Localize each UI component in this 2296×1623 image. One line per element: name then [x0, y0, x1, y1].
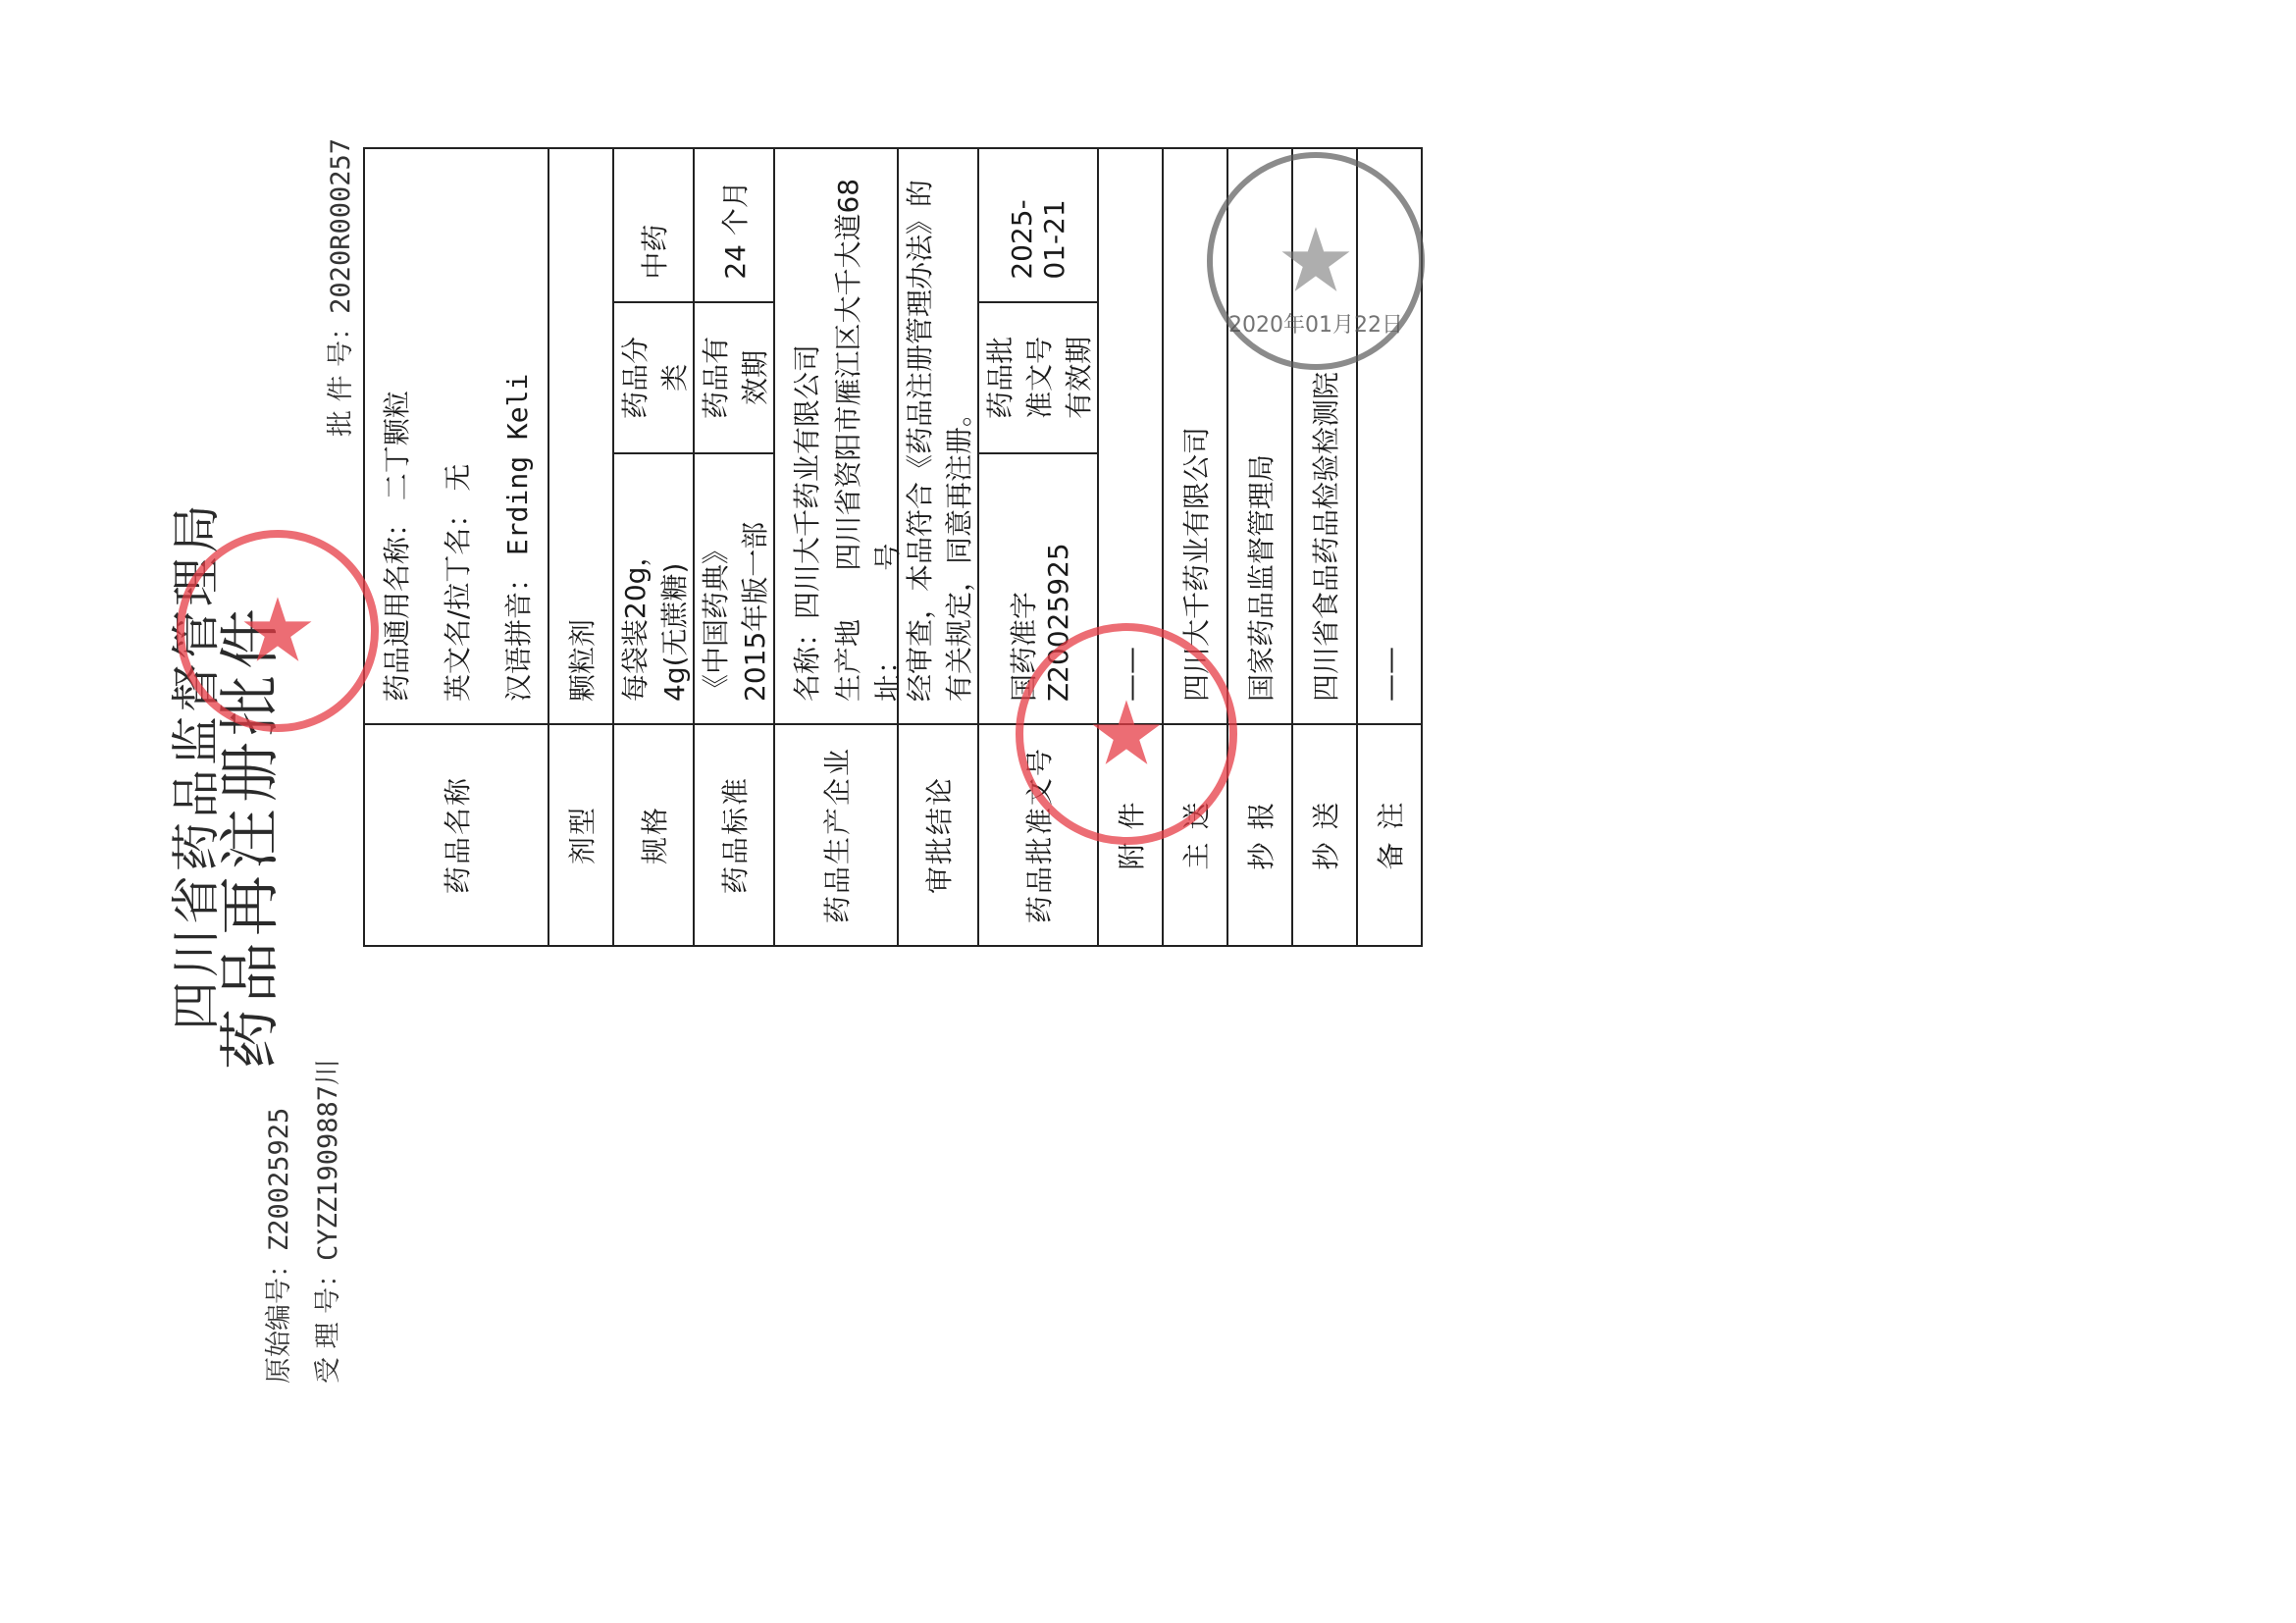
title-heading: 药品再注册批件: [201, 602, 288, 1070]
acceptance-number-line: 受 理 号：CYZZ1909887川: [306, 1059, 344, 1384]
original-number-line: 原始编号：Z20025925: [257, 1108, 295, 1384]
approval-doc-number-line: 批 件 号：2020R000257: [319, 138, 357, 437]
header-layer: 四川省药品监督管理局 药品再注册批件 原始编号：Z20025925 受 理 号：…: [0, 0, 2296, 1623]
